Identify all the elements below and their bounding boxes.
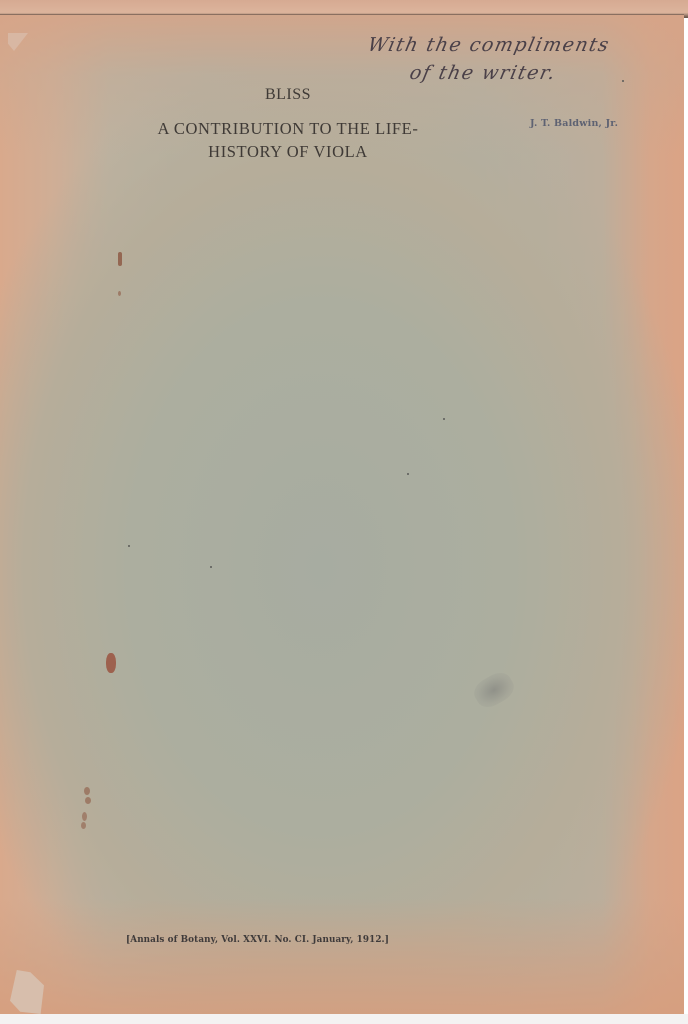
rust-stain	[118, 291, 121, 296]
scan-background	[0, 1014, 688, 1024]
title-line-2: HISTORY OF VIOLA	[0, 140, 576, 163]
speck	[128, 545, 130, 547]
rust-stain	[81, 822, 86, 829]
handwritten-inscription-line-2: of the writer.	[408, 62, 559, 84]
rust-stain	[82, 812, 87, 821]
journal-citation: [Annals of Botany, Vol. XXVI. No. CI. Ja…	[126, 935, 389, 945]
rust-stain	[106, 653, 116, 673]
folded-corner	[8, 33, 28, 51]
scanned-document: With the compliments of the writer. BLIS…	[0, 0, 688, 1024]
rust-stain	[85, 797, 91, 804]
document-title: A CONTRIBUTION TO THE LIFE- HISTORY OF V…	[0, 117, 576, 163]
owner-stamp: J. T. Baldwin, Jr.	[530, 118, 618, 129]
rust-stain	[118, 252, 122, 266]
cover-page	[0, 14, 684, 1019]
speck	[443, 418, 445, 420]
title-line-1: A CONTRIBUTION TO THE LIFE-	[0, 117, 576, 140]
speck	[622, 80, 624, 82]
rust-stain	[84, 787, 90, 795]
speck	[407, 473, 409, 475]
author-name: BLISS	[0, 86, 576, 104]
handwritten-inscription-line-1: With the compliments	[366, 34, 612, 56]
speck	[210, 566, 212, 568]
